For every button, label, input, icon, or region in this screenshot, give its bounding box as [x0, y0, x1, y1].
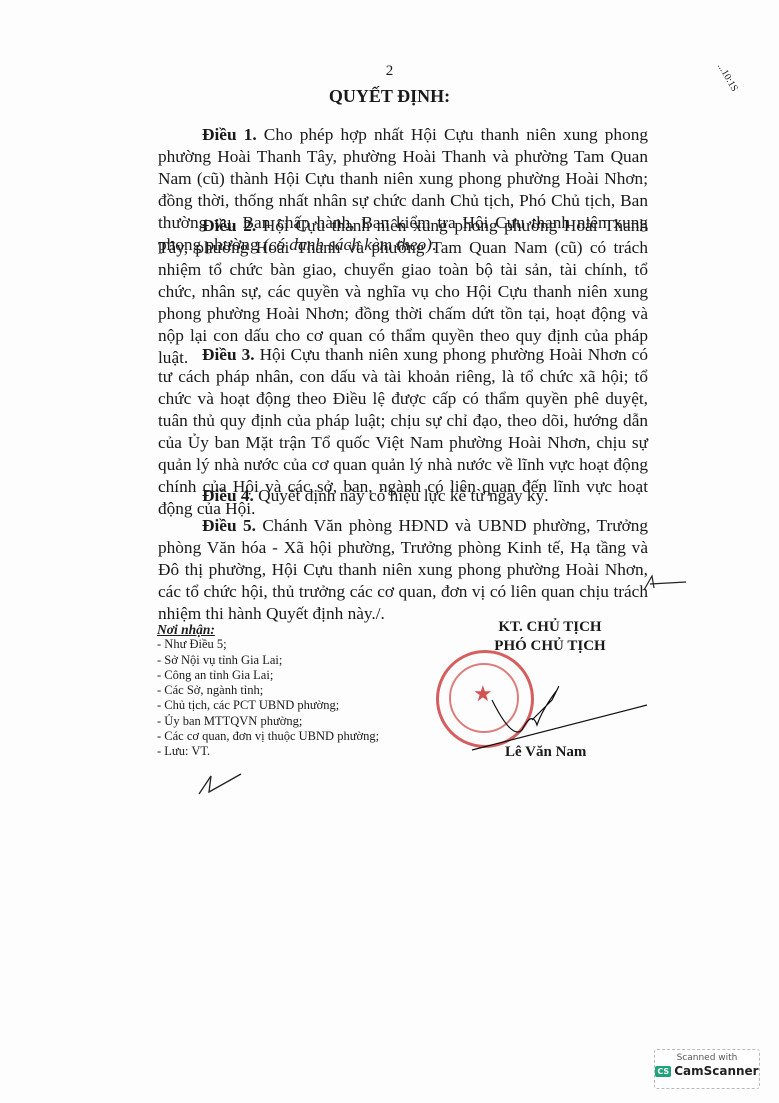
initial-mark-icon — [195, 768, 245, 798]
watermark-caption: Scanned with — [655, 1053, 759, 1063]
initial-mark-icon — [640, 572, 690, 594]
recipient-item: - Như Điều 5; — [157, 637, 379, 652]
signature-title-1: KT. CHỦ TỊCH — [470, 618, 630, 637]
article-label: Điều 3. — [202, 345, 255, 364]
recipients-list: Nơi nhận: - Như Điều 5; - Sở Nội vụ tỉnh… — [157, 622, 379, 760]
article-label: Điều 2. — [202, 216, 256, 235]
signature-title-2: PHÓ CHỦ TỊCH — [470, 637, 630, 656]
camscanner-watermark: Scanned with CSCamScanner — [654, 1049, 760, 1089]
camscanner-logo-icon: CS — [655, 1066, 671, 1077]
article-4: Điều 4. Quyết định này có hiệu lực kể từ… — [158, 485, 648, 507]
page-number: 2 — [0, 63, 779, 80]
recipient-item: - Các Sở, ngành tỉnh; — [157, 683, 379, 698]
article-5: Điều 5. Chánh Văn phòng HĐND và UBND phư… — [158, 515, 648, 625]
recipient-item: - Sở Nội vụ tỉnh Gia Lai; — [157, 653, 379, 668]
article-label: Điều 5. — [202, 516, 256, 535]
article-text: Quyết định này có hiệu lực kể từ ngày ký… — [254, 486, 549, 505]
recipient-item: - Ủy ban MTTQVN phường; — [157, 714, 379, 729]
recipient-item: - Công an tỉnh Gia Lai; — [157, 668, 379, 683]
recipient-item: - Chủ tịch, các PCT UBND phường; — [157, 698, 379, 713]
article-label: Điều 4. — [202, 486, 254, 505]
recipient-item: - Các cơ quan, đơn vị thuộc UBND phường; — [157, 729, 379, 744]
watermark-brand: CamScanner — [674, 1064, 758, 1078]
page-title: QUYẾT ĐỊNH: — [0, 86, 779, 107]
recipients-heading: Nơi nhận: — [157, 622, 379, 637]
recipient-item: - Lưu: VT. — [157, 744, 379, 759]
signer-name: Lê Văn Nam — [505, 744, 586, 761]
signature-block: KT. CHỦ TỊCH PHÓ CHỦ TỊCH — [470, 618, 630, 656]
article-label: Điều 1. — [202, 125, 257, 144]
